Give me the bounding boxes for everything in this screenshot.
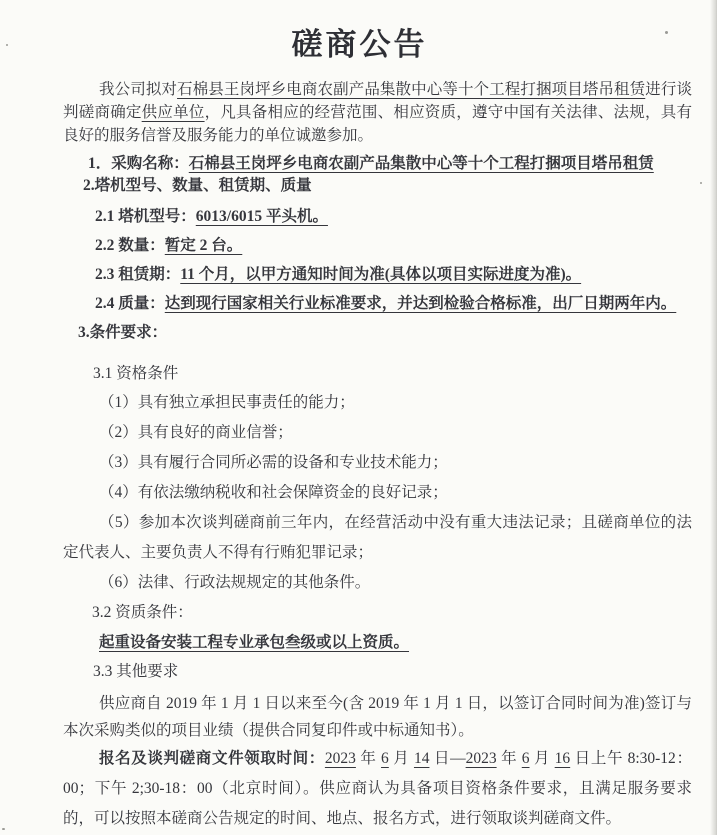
schedule-sep-year1: 年	[356, 750, 381, 767]
spec-item-lease-term-label: 2.3 租赁期：	[95, 266, 180, 283]
spec-item-lease-term-value-underlined: 11 个月，以甲方通知时间为准(具体以项目实际进度为准)。	[180, 266, 581, 283]
schedule-day1-underlined: 14	[414, 750, 430, 767]
document-title: 磋商公告	[45, 28, 674, 62]
spec-item-model: 2.1 塔机型号：6013/6015 平头机。	[95, 202, 692, 231]
conditions-section-heading: 3.条件要求：	[78, 318, 692, 347]
schedule-month1-underlined: 6	[381, 750, 389, 767]
spec-item-quantity-label: 2.2 数量：	[95, 237, 165, 254]
qualification-item-3: （3）具有履行合同所必需的设备和专业技术能力；	[63, 448, 692, 478]
scan-speck	[700, 182, 702, 184]
purchase-name-label: 1．采购名称：	[88, 155, 189, 172]
intro-lead-text: 我公司拟对	[99, 81, 177, 98]
spec-item-model-value-underlined: 6013/6015 平头机。	[196, 208, 328, 225]
purchase-name-value-underlined: 石棉县王岗坪乡电商农副产品集散中心等十个工程打捆项目塔吊租赁	[189, 155, 654, 172]
supplier-track-record-paragraph: 供应商自 2019 年 1 月 1 日以来至今(含 2019 年 1 月 1 日…	[63, 690, 692, 744]
scan-edge-shadow	[710, 0, 717, 835]
purchase-name-line: 1．采购名称：石棉县王岗坪乡电商农副产品集散中心等十个工程打捆项目塔吊租赁	[88, 153, 692, 175]
spec-item-quantity: 2.2 数量：暂定 2 台。	[95, 231, 692, 260]
schedule-label: 报名及谈判磋商文件领取时间：	[99, 750, 325, 767]
schedule-paragraph: 报名及谈判磋商文件领取时间：2023 年 6 月 14 日—2023 年 6 月…	[63, 744, 692, 834]
credential-requirement-line: 起重设备安装工程专业承包叁级或以上资质。	[99, 628, 692, 657]
other-requirements-subheading: 3.3 其他要求	[93, 657, 692, 687]
intro-supplier-underlined: 供应单位	[142, 104, 205, 121]
qualification-item-4: （4）有依法缴纳税收和社会保障资金的良好记录；	[63, 478, 692, 508]
intro-project-name-underlined: 石棉县王岗坪乡电商农副产品集散中心等十个工程打捆项目塔吊租赁	[177, 81, 645, 98]
schedule-sep-month1: 月	[389, 750, 414, 767]
spec-section-heading: 2.塔机型号、数量、租赁期、质量	[83, 175, 692, 197]
scanned-document-page: 磋商公告 我公司拟对石棉县王岗坪乡电商农副产品集散中心等十个工程打捆项目塔吊租赁…	[0, 0, 717, 835]
credential-requirement-underlined: 起重设备安装工程专业承包叁级或以上资质。	[99, 634, 409, 651]
intro-paragraph: 我公司拟对石棉县王岗坪乡电商农副产品集散中心等十个工程打捆项目塔吊租赁进行谈判磋…	[63, 78, 692, 147]
qualification-item-1: （1）具有独立承担民事责任的能力；	[63, 388, 692, 418]
spec-item-quantity-value-underlined: 暂定 2 台。	[165, 237, 243, 254]
scan-speck	[6, 44, 8, 46]
qualification-item-2: （2）具有良好的商业信誉；	[63, 418, 692, 448]
qualification-item-5: （5）参加本次谈判磋商前三年内，在经营活动中没有重大违法记录；且磋商单位的法定代…	[63, 508, 692, 568]
spec-item-quality: 2.4 质量：达到现行国家相关行业标准要求，并达到检验合格标准，出厂日期两年内。	[95, 289, 692, 318]
spec-item-model-label: 2.1 塔机型号：	[95, 208, 196, 225]
scan-speck	[2, 828, 5, 830]
schedule-sep-year2: 年	[497, 750, 522, 767]
qualification-item-6: （6）法律、行政法规规定的其他条件。	[63, 568, 692, 598]
spec-item-lease-term: 2.3 租赁期：11 个月，以甲方通知时间为准(具体以项目实际进度为准)。	[95, 260, 692, 289]
schedule-year2-underlined: 2023	[466, 750, 497, 767]
schedule-sep-month2: 月	[530, 750, 555, 767]
credential-subheading: 3.2 资质条件：	[92, 598, 692, 628]
schedule-sep-day1: 日—	[429, 750, 465, 767]
spec-item-quality-value-underlined: 达到现行国家相关行业标准要求，并达到检验合格标准，出厂日期两年内。	[165, 295, 677, 312]
schedule-year1-underlined: 2023	[325, 750, 356, 767]
schedule-day2-underlined: 16	[555, 750, 571, 767]
schedule-month2-underlined: 6	[522, 750, 530, 767]
spec-item-quality-label: 2.4 质量：	[95, 295, 165, 312]
scan-speck	[665, 31, 668, 34]
qualification-subheading: 3.1 资格条件	[93, 359, 692, 388]
